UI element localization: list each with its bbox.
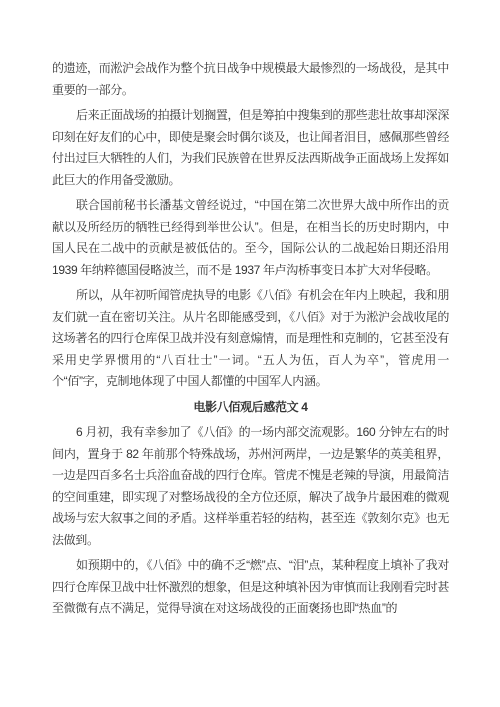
paragraph-body: 后来正面战场的拍摄计划搁置，但是筹拍中搜集到的那些悲壮故事却深深印刻在好友们的心… — [52, 105, 449, 191]
paragraph-body: 6 月初，我有幸参加了《八佰》的一场内部交流观影。160 分钟左右的时间内，置身… — [52, 422, 449, 551]
paragraph-body: 所以，从年初听闻管虎执导的电影《八佰》有机会在年内上映起，我和朋友们就一直在密切… — [52, 285, 449, 393]
document-page: 的遗迹，而淞沪会战作为整个抗日战争中规模最大最惨烈的一场战役，是其中重要的一部分… — [52, 58, 449, 624]
section-heading: 电影八佰观后感范文 4 — [52, 397, 449, 419]
paragraph-continuation: 的遗迹，而淞沪会战作为整个抗日战争中规模最大最惨烈的一场战役，是其中重要的一部分… — [52, 58, 449, 101]
paragraph-body: 如预期中的，《八佰》中的确不乏“燃”点、“泪”点，某种程度上填补了我对四行仓库保… — [52, 555, 449, 620]
paragraph-body: 联合国前秘书长潘基文曾经说过，“中国在第二次世界大战中所作出的贡献以及所经历的牺… — [52, 195, 449, 281]
